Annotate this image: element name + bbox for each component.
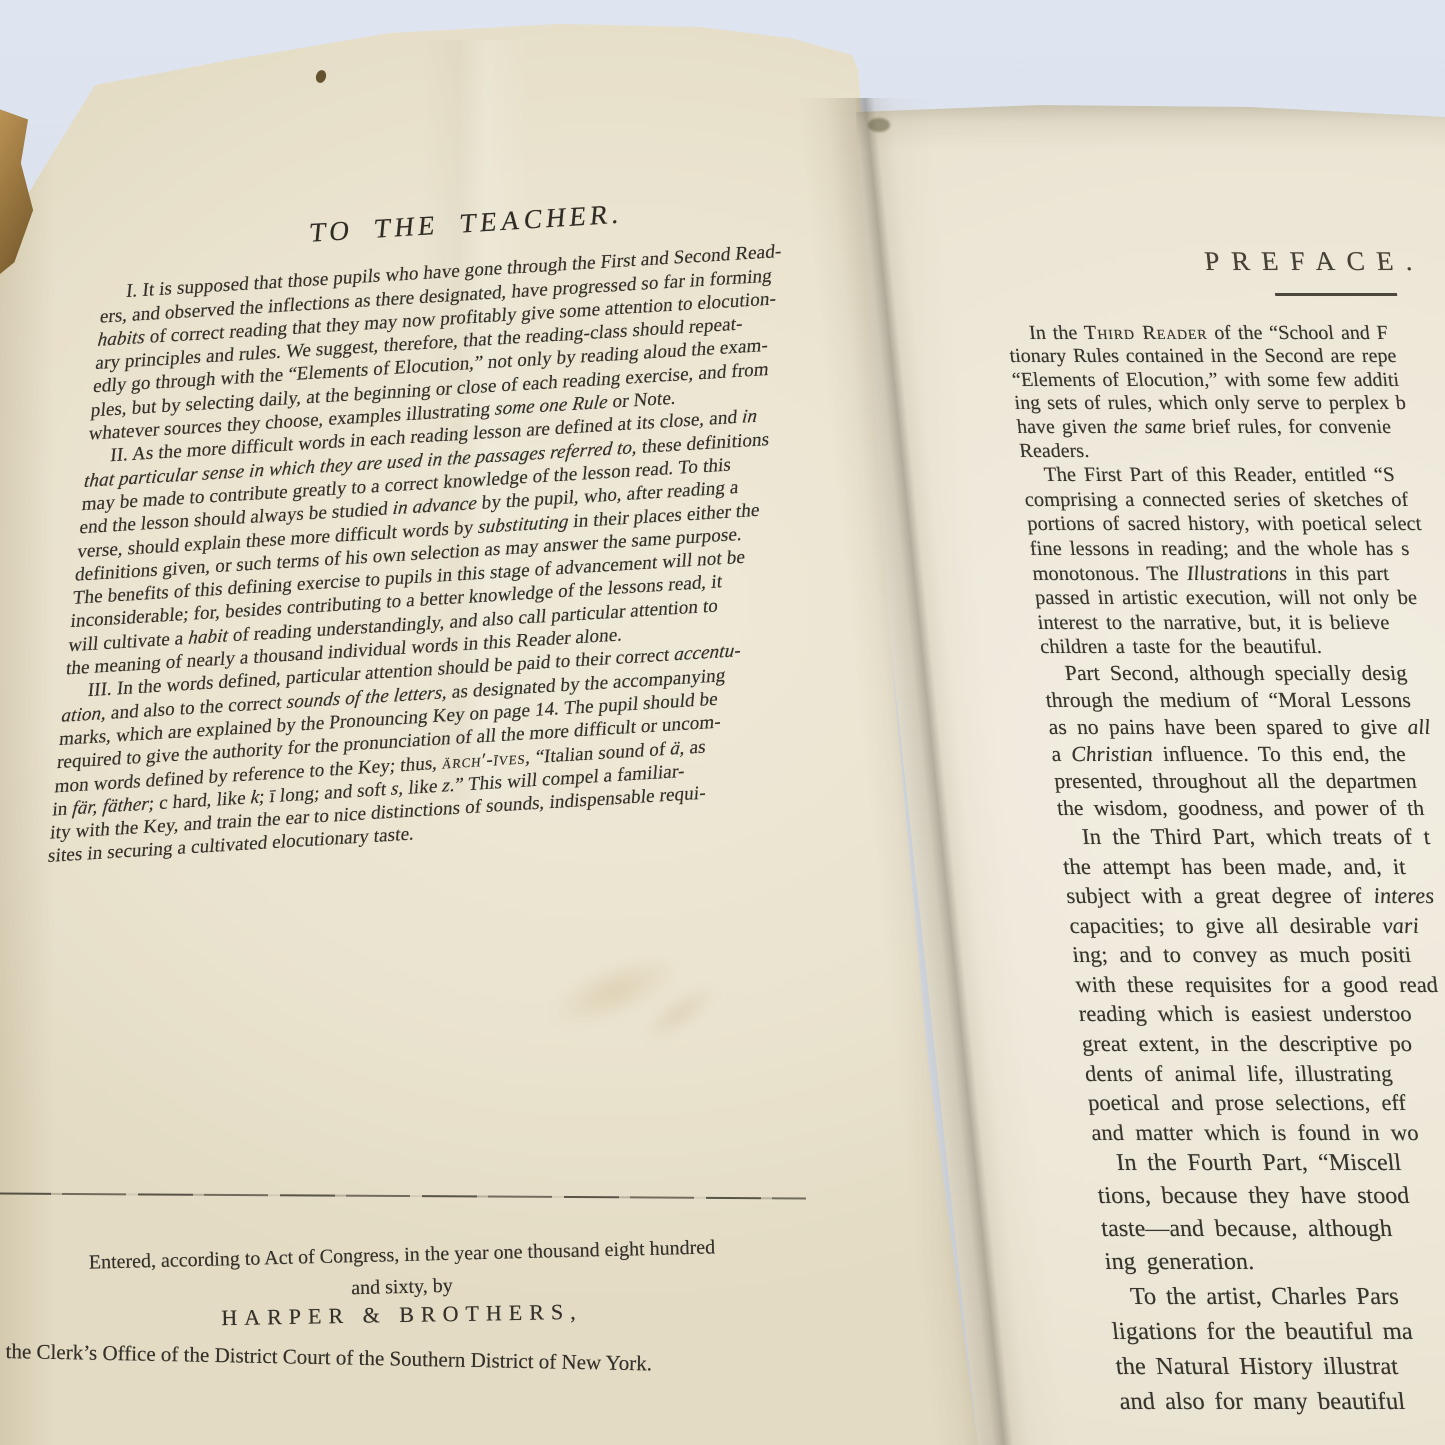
text-line: and matter which is found in wo [1090, 1118, 1445, 1148]
left-page-content: TO THE TEACHER. I. It is supposed that t… [47, 185, 917, 869]
text-line: with these requisites for a good read [1074, 970, 1445, 1000]
text-line: In the Third Reader of the “School and F [1006, 322, 1445, 346]
text-line: The First Part of this Reader, entitled … [1021, 463, 1445, 488]
text-line: the wisdom, goodness, and power of th [1056, 795, 1445, 822]
text-line: dents of animal life, illustrating [1083, 1059, 1445, 1089]
text-line: passed in artistic execution, will not o… [1034, 586, 1445, 611]
text-line: ing; and to convey as much positi [1071, 940, 1445, 970]
text-line: taste—and because, although [1100, 1213, 1445, 1246]
text-line: children a taste for the beautiful. [1039, 635, 1445, 660]
text-line: Readers. [1018, 440, 1445, 464]
paragraph: In the Third Reader of the “School and F… [1006, 322, 1445, 464]
text-line: interest to the narrative, but, it is be… [1036, 611, 1445, 636]
text-line: have given the same brief rules, for con… [1016, 416, 1445, 440]
text-line: portions of sacred history, with poetica… [1026, 512, 1445, 537]
text-line: great extent, in the descriptive po [1080, 1029, 1445, 1059]
text-line: a Christian influence. To this end, the [1050, 741, 1445, 768]
text-line: fine lessons in reading; and the whole h… [1029, 537, 1445, 562]
text-line: ligations for the beautiful ma [1110, 1314, 1445, 1349]
left-page-paragraphs: I. It is supposed that those pupils who … [47, 232, 912, 868]
paragraph: Part Second, although specially desigthr… [1042, 660, 1445, 822]
text-line: monotonous. The Illustrations in this pa… [1031, 562, 1445, 587]
right-page-title: PREFACE. [1203, 246, 1445, 277]
text-line: In the Fourth Part, “Miscell [1093, 1147, 1445, 1180]
book-photo: TO THE TEACHER. I. It is supposed that t… [0, 0, 1445, 1445]
text-line: subject with a great degree of interes [1065, 881, 1445, 911]
text-line: tionary Rules contained in the Second ar… [1008, 345, 1445, 369]
text-line: comprising a connected series of sketche… [1023, 488, 1445, 513]
text-line: tions, because they have stood [1096, 1180, 1445, 1213]
text-line: and also for many beautiful [1118, 1384, 1445, 1419]
title-rule [1275, 293, 1397, 296]
paper-speck [868, 118, 890, 132]
text-line: the attempt has been made, and, it [1062, 852, 1445, 882]
paragraph: The First Part of this Reader, entitled … [1021, 463, 1445, 660]
paragraph: In the Fourth Part, “Miscelltions, becau… [1093, 1147, 1445, 1279]
text-line: “Elements of Elocution,” with some few a… [1011, 369, 1445, 393]
text-line: as no pains have been spared to give all [1047, 714, 1445, 741]
text-line: the Natural History illustrat [1114, 1349, 1445, 1384]
paragraph: In the Third Part, which treats of tthe … [1059, 822, 1445, 1148]
text-line: capacities; to give all desirable vari [1068, 911, 1445, 941]
text-line: reading which is easiest understoo [1077, 999, 1445, 1029]
text-line: In the Third Part, which treats of t [1059, 822, 1445, 852]
text-line: through the medium of “Moral Lessons [1044, 687, 1445, 714]
text-line: ing generation. [1103, 1246, 1445, 1279]
paragraph: To the artist, Charles Parsligations for… [1107, 1279, 1445, 1419]
text-line: presented, throughout all the departmen [1053, 768, 1445, 795]
text-line: Part Second, although specially desig [1042, 660, 1445, 687]
text-line: ing sets of rules, which only serve to p… [1013, 392, 1445, 416]
text-line: poetical and prose selections, eff [1087, 1088, 1445, 1118]
text-line: To the artist, Charles Pars [1107, 1279, 1445, 1314]
